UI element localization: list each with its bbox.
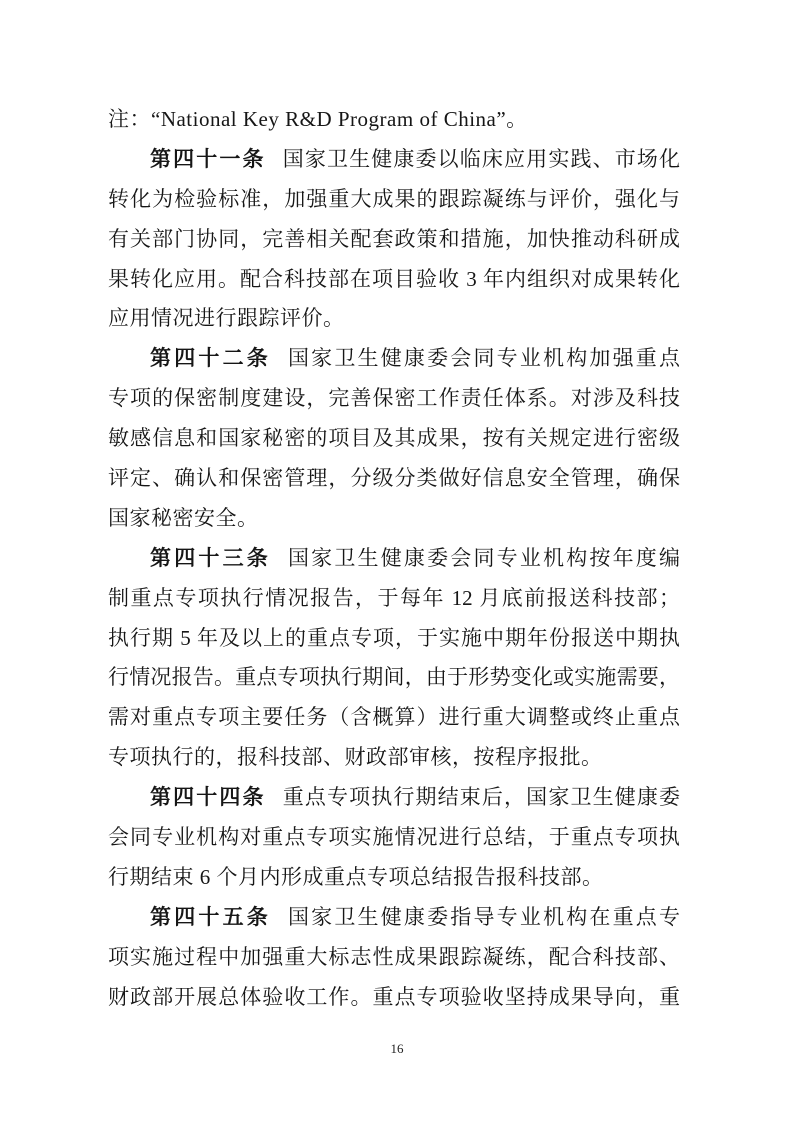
document-page: 注：“National Key R&D Program of China”。第四… [0, 0, 794, 1123]
body-line: 有关部门协同，完善相关配套政策和措施，加快推动科研成 [108, 220, 680, 260]
line-text: 有关部门协同，完善相关配套政策和措施，加快推动科研成 [108, 227, 680, 251]
body-line: 财政部开展总体验收工作。重点专项验收坚持成果导向，重 [108, 978, 680, 1018]
body-line: 果转化应用。配合科技部在项目验收 3 年内组织对成果转化 [108, 260, 680, 300]
body-line: 行期结束 6 个月内形成重点专项总结报告报科技部。 [108, 858, 680, 898]
body-line: 专项执行的，报科技部、财政部审核，按程序报批。 [108, 738, 680, 778]
line-text: 国家卫生健康委会同专业机构按年度编 [288, 546, 680, 570]
body-line: 行情况报告。重点专项执行期间，由于形势变化或实施需要， [108, 658, 680, 698]
article-heading-line: 第四十一条国家卫生健康委以临床应用实践、市场化 [108, 140, 680, 180]
line-text: 需对重点专项主要任务（含概算）进行重大调整或终止重点 [108, 705, 680, 729]
line-text: 行期结束 6 个月内形成重点专项总结报告报科技部。 [108, 865, 604, 889]
line-text: 会同专业机构对重点专项实施情况进行总结，于重点专项执 [108, 825, 680, 849]
article-number: 第四十五条 [150, 906, 271, 929]
article-heading-line: 第四十五条国家卫生健康委指导专业机构在重点专 [108, 898, 680, 938]
line-text: 制重点专项执行情况报告，于每年 12 月底前报送科技部； [108, 586, 680, 610]
line-text: 敏感信息和国家秘密的项目及其成果，按有关规定进行密级 [108, 426, 680, 450]
body-line: 注：“National Key R&D Program of China”。 [108, 100, 680, 140]
article-heading-line: 第四十四条重点专项执行期结束后，国家卫生健康委 [108, 778, 680, 818]
line-text: 国家卫生健康委指导专业机构在重点专 [288, 905, 680, 929]
line-text: 项实施过程中加强重大标志性成果跟踪凝练，配合科技部、 [108, 945, 680, 969]
body-line: 执行期 5 年及以上的重点专项，于实施中期年份报送中期执 [108, 619, 680, 659]
article-number: 第四十三条 [150, 547, 271, 570]
line-text: 应用情况进行跟踪评价。 [108, 306, 345, 330]
line-text: 果转化应用。配合科技部在项目验收 3 年内组织对成果转化 [108, 267, 680, 291]
line-text: 专项的保密制度建设，完善保密工作责任体系。对涉及科技 [108, 386, 680, 410]
body-line: 项实施过程中加强重大标志性成果跟踪凝练，配合科技部、 [108, 938, 680, 978]
line-text: 国家卫生健康委会同专业机构加强重点 [288, 346, 680, 370]
body-line: 制重点专项执行情况报告，于每年 12 月底前报送科技部； [108, 579, 680, 619]
line-text: 专项执行的，报科技部、财政部审核，按程序报批。 [108, 745, 603, 769]
body-line: 敏感信息和国家秘密的项目及其成果，按有关规定进行密级 [108, 419, 680, 459]
body-line: 应用情况进行跟踪评价。 [108, 299, 680, 339]
body-line: 国家秘密安全。 [108, 499, 680, 539]
article-number: 第四十一条 [150, 148, 266, 171]
body-line: 专项的保密制度建设，完善保密工作责任体系。对涉及科技 [108, 379, 680, 419]
line-text: 执行期 5 年及以上的重点专项，于实施中期年份报送中期执 [108, 626, 680, 650]
line-text: 重点专项执行期结束后，国家卫生健康委 [283, 785, 680, 809]
article-number: 第四十二条 [150, 347, 271, 370]
body-line: 会同专业机构对重点专项实施情况进行总结，于重点专项执 [108, 818, 680, 858]
line-text: 国家卫生健康委以临床应用实践、市场化 [283, 147, 680, 171]
body-line: 评定、确认和保密管理，分级分类做好信息安全管理，确保 [108, 459, 680, 499]
article-number: 第四十四条 [150, 786, 266, 809]
body-text: 注：“National Key R&D Program of China”。第四… [108, 100, 680, 1017]
article-heading-line: 第四十三条国家卫生健康委会同专业机构按年度编 [108, 539, 680, 579]
page-number: 16 [0, 1040, 794, 1058]
article-heading-line: 第四十二条国家卫生健康委会同专业机构加强重点 [108, 339, 680, 379]
line-text: 评定、确认和保密管理，分级分类做好信息安全管理，确保 [108, 466, 680, 490]
line-text: 国家秘密安全。 [108, 506, 259, 530]
body-line: 需对重点专项主要任务（含概算）进行重大调整或终止重点 [108, 698, 680, 738]
line-text: 转化为检验标准，加强重大成果的跟踪凝练与评价，强化与 [108, 187, 680, 211]
body-line: 转化为检验标准，加强重大成果的跟踪凝练与评价，强化与 [108, 180, 680, 220]
line-text: 注：“National Key R&D Program of China”。 [108, 107, 528, 131]
line-text: 行情况报告。重点专项执行期间，由于形势变化或实施需要， [108, 665, 680, 689]
line-text: 财政部开展总体验收工作。重点专项验收坚持成果导向，重 [108, 985, 680, 1009]
